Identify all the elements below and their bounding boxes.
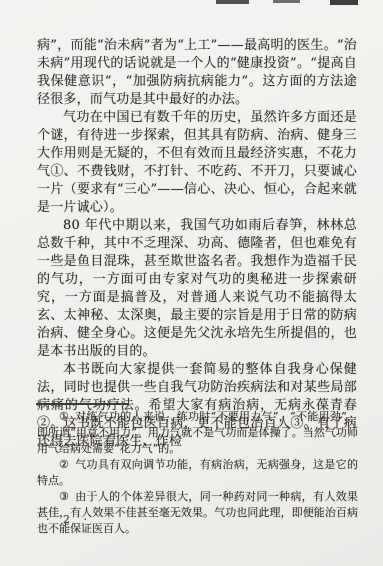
footnote-text: 气功具有双向调节功能，有病治病，无病强身，这是它的特点。 <box>37 458 358 487</box>
footnote-marker: ② <box>59 458 69 471</box>
scan-artifact <box>216 0 249 4</box>
book-page: 病”，而能“治未病”者为“上工”——最高明的医生。“治未病”用现代的话说就是一个… <box>0 0 383 566</box>
footnote-marker: ③ <box>59 490 69 503</box>
footnote: ②气功具有双向调节功能，有病治病，无病强身，这是它的特点。 <box>37 457 358 489</box>
footnote-marker: ① <box>59 410 69 423</box>
scan-artifact <box>330 0 358 5</box>
footnote-text: 对练气功的人来说，练功时“不要用力气”，“不能用劲”，即所谓“用意不用力”。用力… <box>37 410 358 455</box>
paragraph: 病”，而能“治未病”者为“上工”——最高明的医生。“治未病”用现代的话说就是一个… <box>37 37 357 109</box>
scan-artifact <box>273 0 300 3</box>
paragraph: 80 年代中期以来，我国气功如雨后春笋，林林总总数千种，其中不乏理深、功高、德隆… <box>37 217 357 361</box>
footnote-divider <box>36 403 129 405</box>
page-number: · 2 · <box>46 513 92 526</box>
footnote: ①对练气功的人来说，练功时“不要用力气”，“不能用劲”，即所谓“用意不用力”。用… <box>37 409 358 457</box>
main-text: 病”，而能“治未病”者为“上工”——最高明的医生。“治未病”用现代的话说就是一个… <box>37 37 357 451</box>
paragraph: 气功在中国已有数千年的历史，虽然许多方面还是个谜，有待进一步探索，但其具有防病、… <box>37 109 357 217</box>
